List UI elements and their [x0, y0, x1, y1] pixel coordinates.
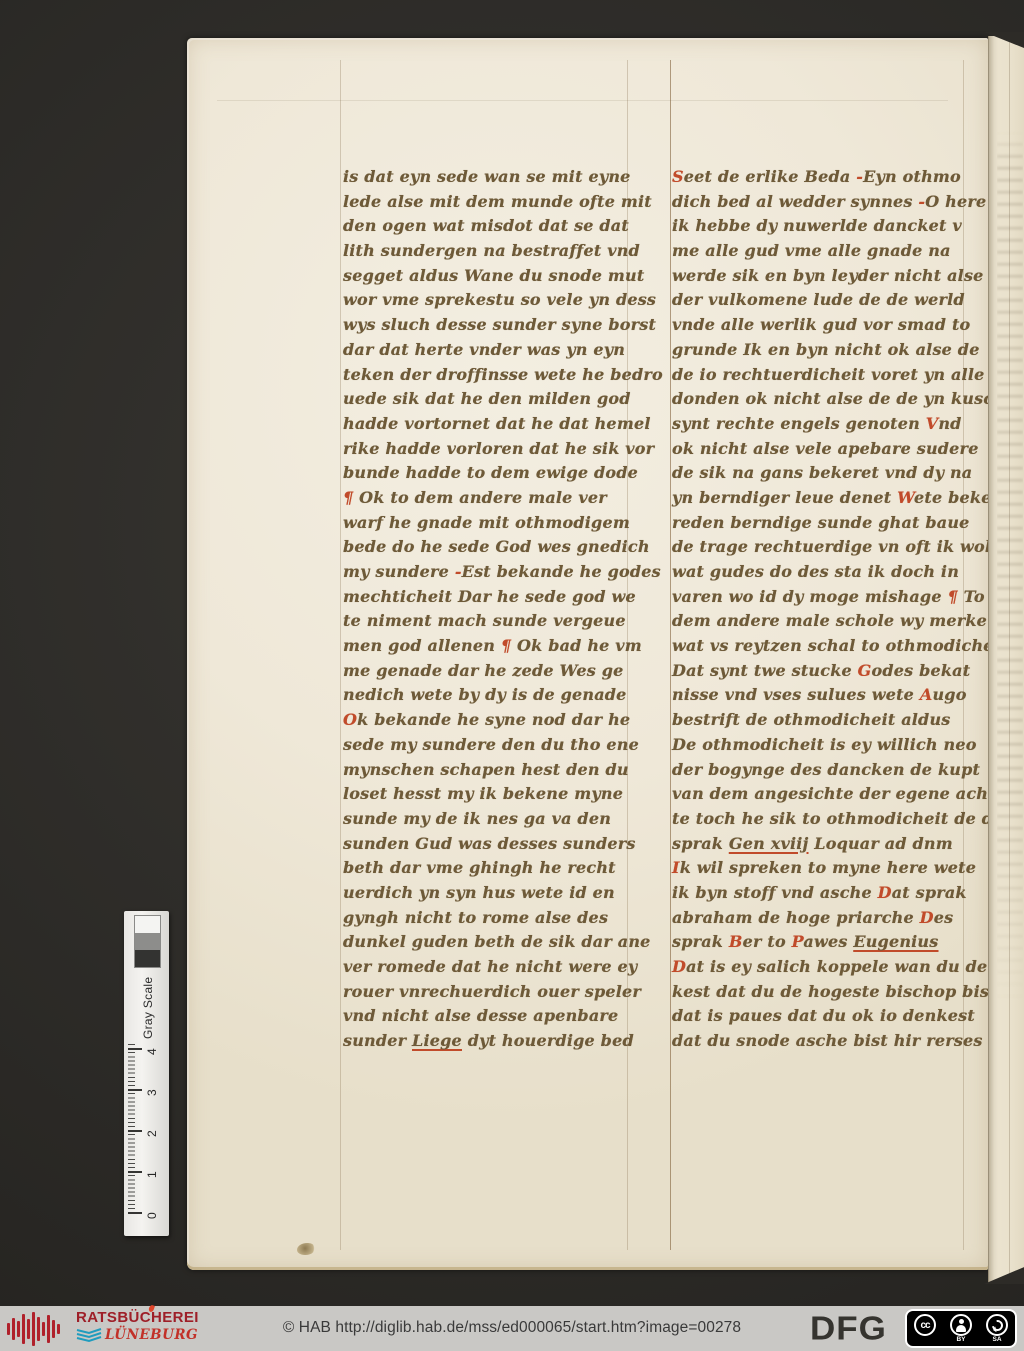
manuscript-line: my sundere -Est bekande he godes: [343, 560, 643, 585]
cc-icon: cc: [914, 1314, 936, 1336]
manuscript-line: sunder Liege dyt houerdige bed: [343, 1029, 643, 1054]
book-fore-edge: [988, 36, 1024, 1283]
manuscript-line: sede my sundere den du tho ene: [343, 733, 643, 758]
text-column-right: Seet de erlike Beda -Eyn othmodich bed a…: [672, 165, 972, 1054]
manuscript-line: beth dar vme ghingh he recht: [343, 856, 643, 881]
share-alike-arrow-icon: [986, 1314, 1008, 1336]
manuscript-line: wat vs reytzen schal to othmodicheit: [672, 634, 972, 659]
manuscript-line: donden ok nicht alse de de yn kuschen: [672, 387, 972, 412]
manuscript-line: mechticheit Dar he sede god we: [343, 585, 643, 610]
manuscript-line: reden berndige sunde ghat baue: [672, 511, 972, 536]
manuscript-line: bestrift de othmodicheit aldus: [672, 708, 972, 733]
sa-label: SA: [992, 1337, 1001, 1344]
manuscript-line: Ok bekande he syne nod dar he: [343, 708, 643, 733]
text-column-left: is dat eyn sede wan se mit eynelede alse…: [343, 165, 643, 1054]
manuscript-line: gyngh nicht to rome alse des: [343, 906, 643, 931]
ruler-number: 0: [145, 1207, 159, 1219]
manuscript-line: wat gudes do des sta ik doch in: [672, 560, 972, 585]
manuscript-line: sprak Gen xviij Loquar ad dnm: [672, 832, 972, 857]
manuscript-line: yn berndiger leue denet Wete beke: [672, 486, 972, 511]
manuscript-line: rouer vnrechuerdich ouer speler: [343, 980, 643, 1005]
manuscript-line: segget aldus Wane du snode mut: [343, 264, 643, 289]
manuscript-page: is dat eyn sede wan se mit eynelede alse…: [187, 38, 988, 1270]
ruler-scale: 43210: [124, 1044, 169, 1229]
manuscript-line: hadde vortornet dat he dat hemel: [343, 412, 643, 437]
manuscript-line: werde sik en byn leyder nicht alse an: [672, 264, 972, 289]
parchment-crease: [217, 100, 948, 101]
manuscript-line: de sik na gans bekeret vnd dy na: [672, 461, 972, 486]
manuscript-line: synt rechte engels genoten Vnd: [672, 412, 972, 437]
swatch-black: [135, 950, 160, 967]
ruler-number: 4: [145, 1043, 159, 1055]
manuscript-line: vnd nicht alse desse apenbare: [343, 1004, 643, 1029]
attribution-person-icon: [950, 1314, 972, 1336]
manuscript-line: abraham de hoge priarche Des: [672, 906, 972, 931]
manuscript-line: bunde hadde to dem ewige dode: [343, 461, 643, 486]
ruler-major-tick: [128, 1171, 142, 1173]
ruling-line-right-column-left: [670, 60, 671, 1250]
manuscript-line: kest dat du de hogeste bischop bist: [672, 980, 972, 1005]
manuscript-line: ik hebbe dy nuwerlde dancket v: [672, 214, 972, 239]
manuscript-line: de trage rechtuerdige vn oft ik wol: [672, 535, 972, 560]
manuscript-line: nedich wete by dy is de genade: [343, 683, 643, 708]
manuscript-photo: is dat eyn sede wan se mit eynelede alse…: [0, 0, 1024, 1306]
manuscript-line: dich bed al wedder synnes -O here: [672, 190, 972, 215]
manuscript-line: lith sundergen na bestraffet vnd: [343, 239, 643, 264]
cc-unit: cc: [910, 1314, 940, 1336]
manuscript-line: te niment mach sunde vergeue: [343, 609, 643, 634]
sa-unit: SA: [982, 1314, 1012, 1344]
ruler-label: Gray Scale: [141, 967, 155, 1039]
parchment-smudge: [297, 1243, 315, 1255]
manuscript-line: dar dat herte vnder was yn eyn: [343, 338, 643, 363]
ruler-number: 1: [145, 1166, 159, 1178]
manuscript-line: mynschen schapen hest den du: [343, 758, 643, 783]
manuscript-line: bede do he sede God wes gnedich: [343, 535, 643, 560]
manuscript-line: ok nicht alse vele apebare sudere: [672, 437, 972, 462]
footer-bar: RATSBÜCHEREI LÜNEBURG © HAB http://digli…: [0, 1306, 1024, 1351]
ruling-line-left-column-left: [340, 60, 341, 1250]
manuscript-line: grunde Ik en byn nicht ok alse de: [672, 338, 972, 363]
manuscript-line: uerdich yn syn hus wete id en: [343, 881, 643, 906]
manuscript-line: der bogynge des dancken de kupt: [672, 758, 972, 783]
manuscript-line: Seet de erlike Beda -Eyn othmo: [672, 165, 972, 190]
manuscript-line: wys sluch desse sunder syne borst: [343, 313, 643, 338]
manuscript-line: ik byn stoff vnd asche Dat sprak: [672, 881, 972, 906]
gray-scale-ruler: Gray Scale 43210: [124, 911, 169, 1236]
manuscript-line: den ogen wat misdot dat se dat: [343, 214, 643, 239]
manuscript-line: rike hadde vorloren dat he sik vor: [343, 437, 643, 462]
manuscript-line: dunkel guden beth de sik dar ane: [343, 930, 643, 955]
manuscript-line: dem andere male schole wy merke: [672, 609, 972, 634]
manuscript-line: wor vme sprekestu so vele yn dess: [343, 288, 643, 313]
manuscript-line: teken der droffinsse wete he bedro: [343, 363, 643, 388]
manuscript-line: sprak Ber to Pawes Eugenius: [672, 930, 972, 955]
fore-edge-ghost-text: [997, 131, 1023, 1011]
manuscript-line: De othmodicheit is ey willich neo: [672, 733, 972, 758]
ruler-major-tick: [128, 1130, 142, 1132]
manuscript-line: vnde alle werlik gud vor smad to: [672, 313, 972, 338]
ruler-number: 3: [145, 1084, 159, 1096]
manuscript-line: der vulkomene lude de de werld: [672, 288, 972, 313]
manuscript-line: uede sik dat he den milden god: [343, 387, 643, 412]
ruler-number: 2: [145, 1125, 159, 1137]
manuscript-line: nisse vnd vses sulues wete Augo: [672, 683, 972, 708]
manuscript-line: sunden Gud was desses sunders: [343, 832, 643, 857]
ruler-major-tick: [128, 1048, 142, 1050]
manuscript-line: ver romede dat he nicht were ey: [343, 955, 643, 980]
ruler-major-tick: [128, 1089, 142, 1091]
manuscript-line: Ik wil spreken to myne here wete: [672, 856, 972, 881]
manuscript-line: me genade dar he zede Wes ge: [343, 659, 643, 684]
manuscript-line: de io rechtuerdicheit voret yn alle: [672, 363, 972, 388]
gray-scale-swatches: [134, 915, 161, 968]
manuscript-line: van dem angesichte der egene ach: [672, 782, 972, 807]
manuscript-line: dat du snode asche bist hir rerses: [672, 1029, 972, 1054]
manuscript-line: warf he gnade mit othmodigem: [343, 511, 643, 536]
by-unit: BY: [946, 1314, 976, 1344]
manuscript-line: men god allenen ¶ Ok bad he vm: [343, 634, 643, 659]
swatch-white: [135, 916, 160, 933]
manuscript-line: varen wo id dy moge mishage ¶ To: [672, 585, 972, 610]
screenshot-canvas: is dat eyn sede wan se mit eynelede alse…: [0, 0, 1024, 1351]
cc-license-badge: cc BY SA: [905, 1309, 1017, 1348]
by-label: BY: [956, 1337, 965, 1344]
manuscript-line: ¶ Ok to dem andere male ver: [343, 486, 643, 511]
manuscript-line: loset hesst my ik bekene myne: [343, 782, 643, 807]
manuscript-line: is dat eyn sede wan se mit eyne: [343, 165, 643, 190]
manuscript-line: Dat synt twe stucke Godes bekat: [672, 659, 972, 684]
manuscript-line: dat is paues dat du ok io denkest: [672, 1004, 972, 1029]
manuscript-line: me alle gud vme alle gnade na: [672, 239, 972, 264]
manuscript-line: lede alse mit dem munde ofte mit: [343, 190, 643, 215]
manuscript-line: Dat is ey salich koppele wan du de: [672, 955, 972, 980]
dfg-logo: DFG: [810, 1310, 887, 1348]
ruler-major-tick: [128, 1212, 142, 1214]
cc-text: cc: [920, 1320, 929, 1331]
manuscript-line: sunde my de ik nes ga va den: [343, 807, 643, 832]
swatch-gray: [135, 933, 160, 950]
manuscript-line: te toch he sik to othmodicheit de dar: [672, 807, 972, 832]
